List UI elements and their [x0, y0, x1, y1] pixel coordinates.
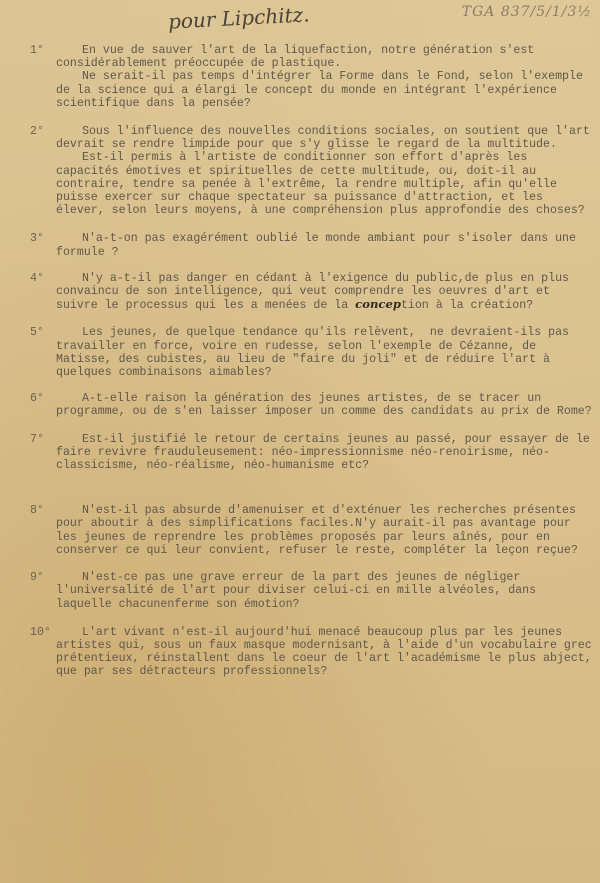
question-number: 4° [30, 272, 44, 285]
question-number: 9° [30, 571, 44, 584]
question-10: 10° L'art vivant n'est-il aujourd'hui me… [30, 626, 594, 679]
question-number: 5° [30, 326, 44, 339]
question-text: N'est-il pas absurde d'amenuiser et d'ex… [56, 504, 594, 557]
question-6: 6° A-t-elle raison la génération des jeu… [30, 392, 594, 418]
questionnaire-list: 1° En vue de sauver l'art de la liquefac… [30, 44, 594, 679]
question-5: 5° Les jeunes, de quelque tendance qu'il… [30, 326, 594, 379]
question-text: En vue de sauver l'art de la liquefactio… [56, 44, 594, 70]
handwritten-dedication: pour Lipchitz. [167, 2, 310, 33]
question-text: Sous l'influence des nouvelles condition… [56, 125, 594, 151]
question-4: 4° N'y a-t-il pas danger en cédant à l'e… [30, 272, 594, 313]
question-text: L'art vivant n'est-il aujourd'hui menacé… [56, 626, 594, 679]
question-8: 8° N'est-il pas absurde d'amenuiser et d… [30, 504, 594, 557]
question-number: 10° [30, 626, 51, 639]
question-number: 6° [30, 392, 44, 405]
question-number: 8° [30, 504, 44, 517]
question-text: A-t-elle raison la génération des jeunes… [56, 392, 594, 418]
question-7: 7° Est-il justifié le retour de certains… [30, 433, 594, 473]
question-1: 1° En vue de sauver l'art de la liquefac… [30, 44, 594, 110]
question-text: Est-il permis à l'artiste de conditionne… [56, 151, 594, 217]
question-text: N'y a-t-il pas danger en cédant à l'exig… [56, 272, 594, 313]
archive-reference: TGA 837/5/1/3½ [462, 4, 592, 20]
question-9: 9° N'est-ce pas une grave erreur de la p… [30, 571, 594, 611]
question-text-tail: tion à la création? [401, 299, 533, 312]
question-3: 3° N'a-t-on pas exagérément oublié le mo… [30, 232, 594, 258]
question-text: N'a-t-on pas exagérément oublié le monde… [56, 232, 594, 258]
question-text: N'est-ce pas une grave erreur de la part… [56, 571, 594, 611]
question-number: 1° [30, 44, 44, 57]
question-number: 2° [30, 125, 44, 138]
question-text: Les jeunes, de quelque tendance qu'ils r… [56, 326, 594, 379]
question-2: 2° Sous l'influence des nouvelles condit… [30, 125, 594, 217]
question-text: Ne serait-il pas temps d'intégrer la For… [56, 70, 594, 110]
handwritten-correction: concep [355, 297, 401, 311]
question-number: 7° [30, 433, 44, 446]
question-text: Est-il justifié le retour de certains je… [56, 433, 594, 473]
document-page: pour Lipchitz. TGA 837/5/1/3½ 1° En vue … [0, 0, 600, 883]
question-number: 3° [30, 232, 44, 245]
